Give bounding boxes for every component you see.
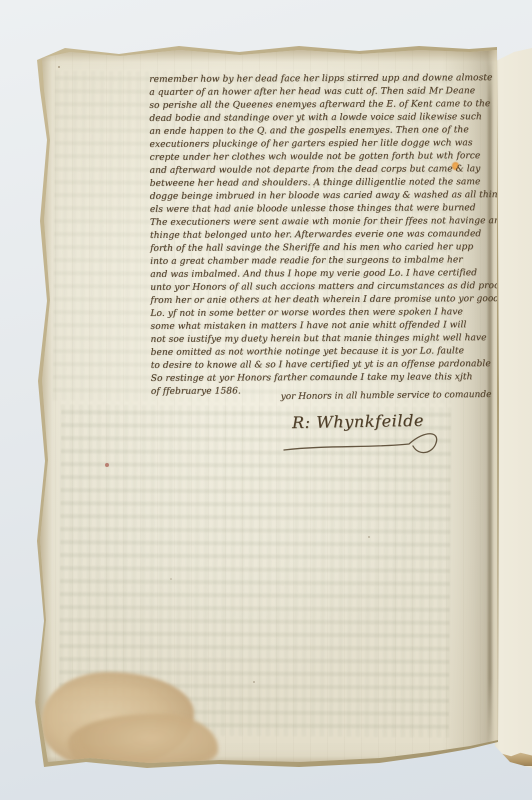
manuscript-page: remember how by her dead face her lipps …: [38, 46, 498, 766]
underlying-page-torn-edge: [494, 752, 532, 766]
ink-specks: [58, 66, 60, 68]
manuscript-line: So restinge at yor Honors farther comaun…: [151, 371, 503, 386]
gutter-crease-shadow: [488, 56, 492, 748]
manuscript-photo: remember how by her dead face her lipps …: [0, 0, 532, 800]
signature-flourish-icon: [281, 426, 451, 460]
manuscript-text: remember how by her dead face her lipps …: [149, 72, 503, 399]
